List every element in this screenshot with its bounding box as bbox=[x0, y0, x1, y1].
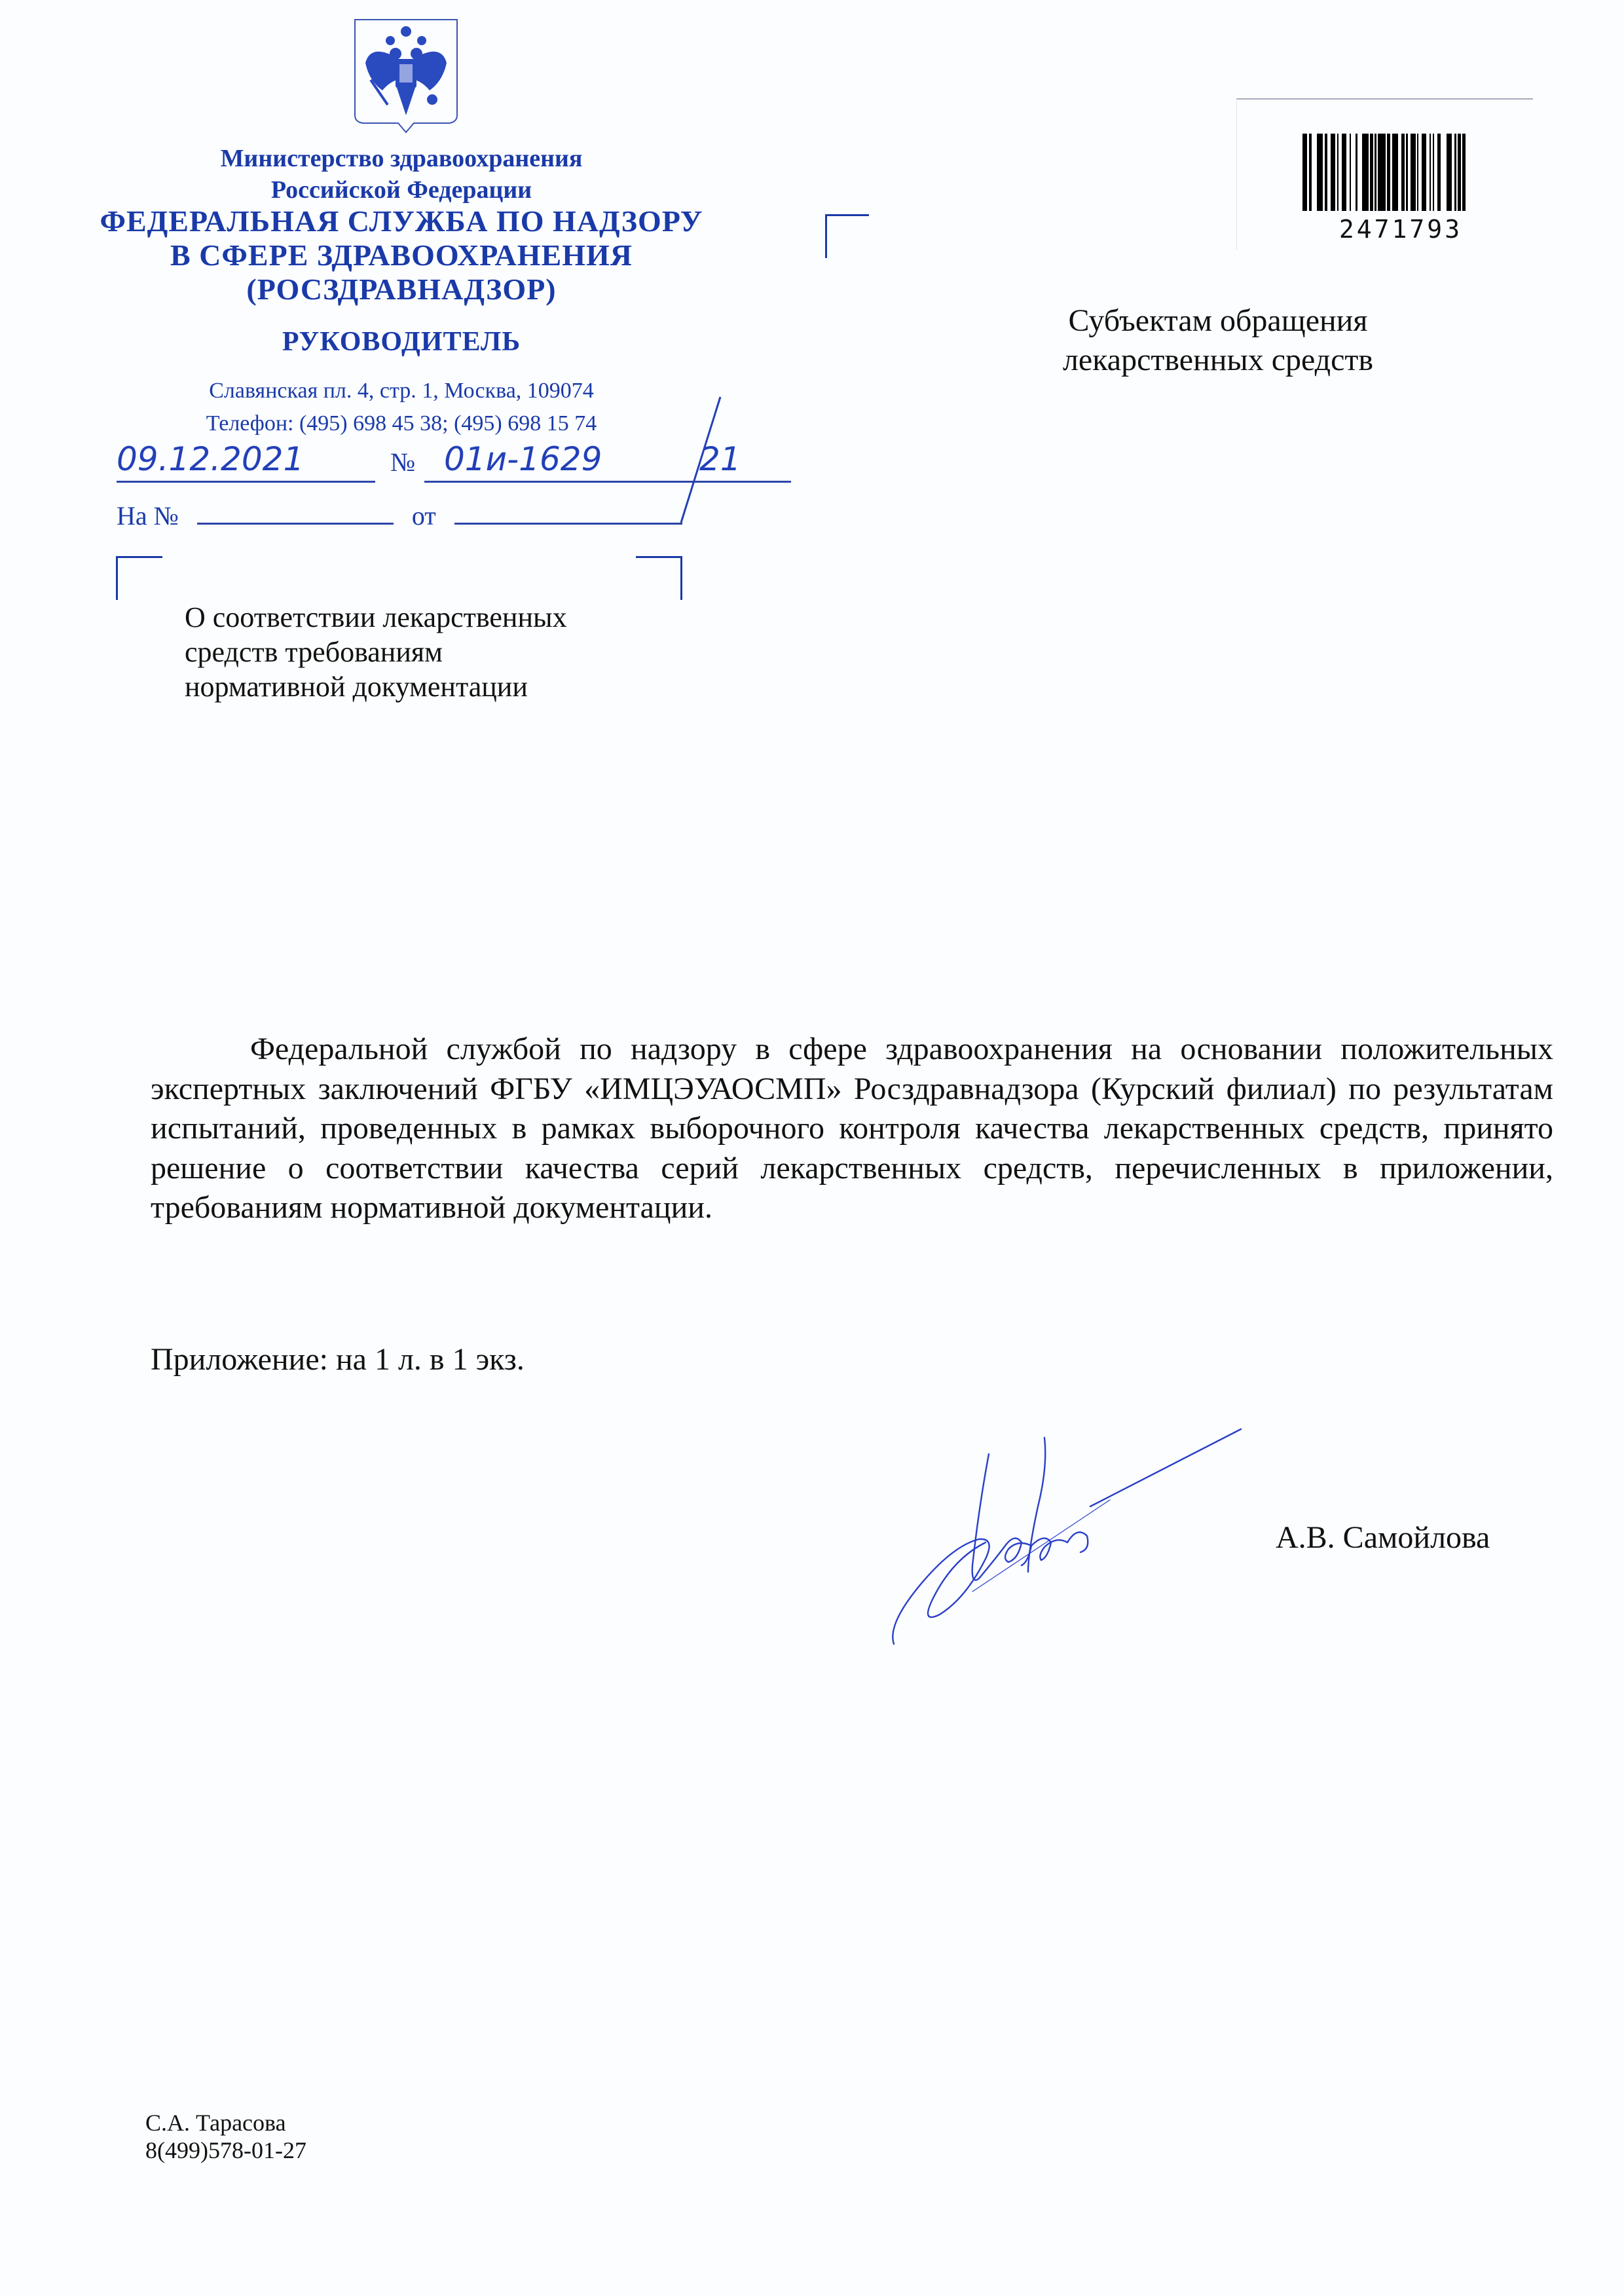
outgoing-reference: 09.12.2021 № 01и-1629 21 bbox=[117, 440, 771, 493]
executor-phone: 8(499)578-01-27 bbox=[145, 2136, 306, 2164]
barcode-label: 2471793 bbox=[1236, 98, 1533, 250]
phone: Телефон: (495) 698 45 38; (495) 698 15 7… bbox=[74, 407, 729, 440]
outgoing-number-suffix: 21 bbox=[699, 440, 741, 478]
reply-date-label: от bbox=[412, 501, 436, 531]
role-title: РУКОВОДИТЕЛЬ bbox=[74, 326, 729, 358]
coat-of-arms-icon bbox=[351, 17, 461, 135]
reply-reference: На № от bbox=[117, 500, 682, 531]
signatory-name: А.В. Самойлова bbox=[1276, 1520, 1490, 1556]
reply-date-field bbox=[454, 500, 682, 525]
service-name: ФЕДЕРАЛЬНАЯ СЛУЖБА ПО НАДЗОРУ В СФЕРЕ ЗД… bbox=[74, 204, 729, 307]
barcode-number: 2471793 bbox=[1302, 215, 1499, 244]
outgoing-date: 09.12.2021 bbox=[117, 440, 375, 483]
subject-corner-left bbox=[116, 556, 162, 600]
attachment-note: Приложение: на 1 л. в 1 экз. bbox=[151, 1341, 525, 1377]
addressee-line-2: лекарственных средств bbox=[1008, 341, 1428, 380]
addressee: Субъектам обращения лекарственных средст… bbox=[1008, 301, 1428, 380]
executor-name: С.А. Тарасова bbox=[145, 2109, 306, 2136]
service-line-3: (РОСЗДРАВНАДЗОР) bbox=[74, 272, 729, 307]
ministry-line-1: Министерство здравоохранения bbox=[74, 143, 729, 174]
service-line-2: В СФЕРЕ ЗДРАВООХРАНЕНИЯ bbox=[74, 238, 729, 272]
addressee-line-1: Субъектам обращения bbox=[1008, 301, 1428, 341]
barcode-icon bbox=[1302, 134, 1499, 211]
outgoing-number-value: 01и-1629 bbox=[424, 440, 602, 478]
body-paragraph: Федеральной службой по надзору в сфере з… bbox=[151, 1030, 1553, 1228]
contact-block: Славянская пл. 4, стр. 1, Москва, 109074… bbox=[74, 375, 729, 440]
signature-icon bbox=[881, 1428, 1247, 1651]
ministry-line-2: Российской Федерации bbox=[74, 174, 729, 206]
reply-number-field bbox=[197, 500, 394, 525]
addressee-corner bbox=[825, 214, 869, 258]
subject-line-1: О соответствии лекарственных bbox=[185, 600, 682, 635]
reply-number-label: На № bbox=[117, 501, 179, 531]
service-line-1: ФЕДЕРАЛЬНАЯ СЛУЖБА ПО НАДЗОРУ bbox=[74, 204, 729, 238]
subject-line-3: нормативной документации bbox=[185, 669, 682, 704]
subject-corner-right bbox=[636, 556, 682, 600]
executor-info: С.А. Тарасова 8(499)578-01-27 bbox=[145, 2109, 306, 2164]
letter-subject: О соответствии лекарственных средств тре… bbox=[185, 600, 682, 704]
ministry-name: Министерство здравоохранения Российской … bbox=[74, 143, 729, 206]
address: Славянская пл. 4, стр. 1, Москва, 109074 bbox=[74, 375, 729, 407]
subject-line-2: средств требованиям bbox=[185, 635, 682, 669]
number-sign: № bbox=[390, 447, 415, 477]
